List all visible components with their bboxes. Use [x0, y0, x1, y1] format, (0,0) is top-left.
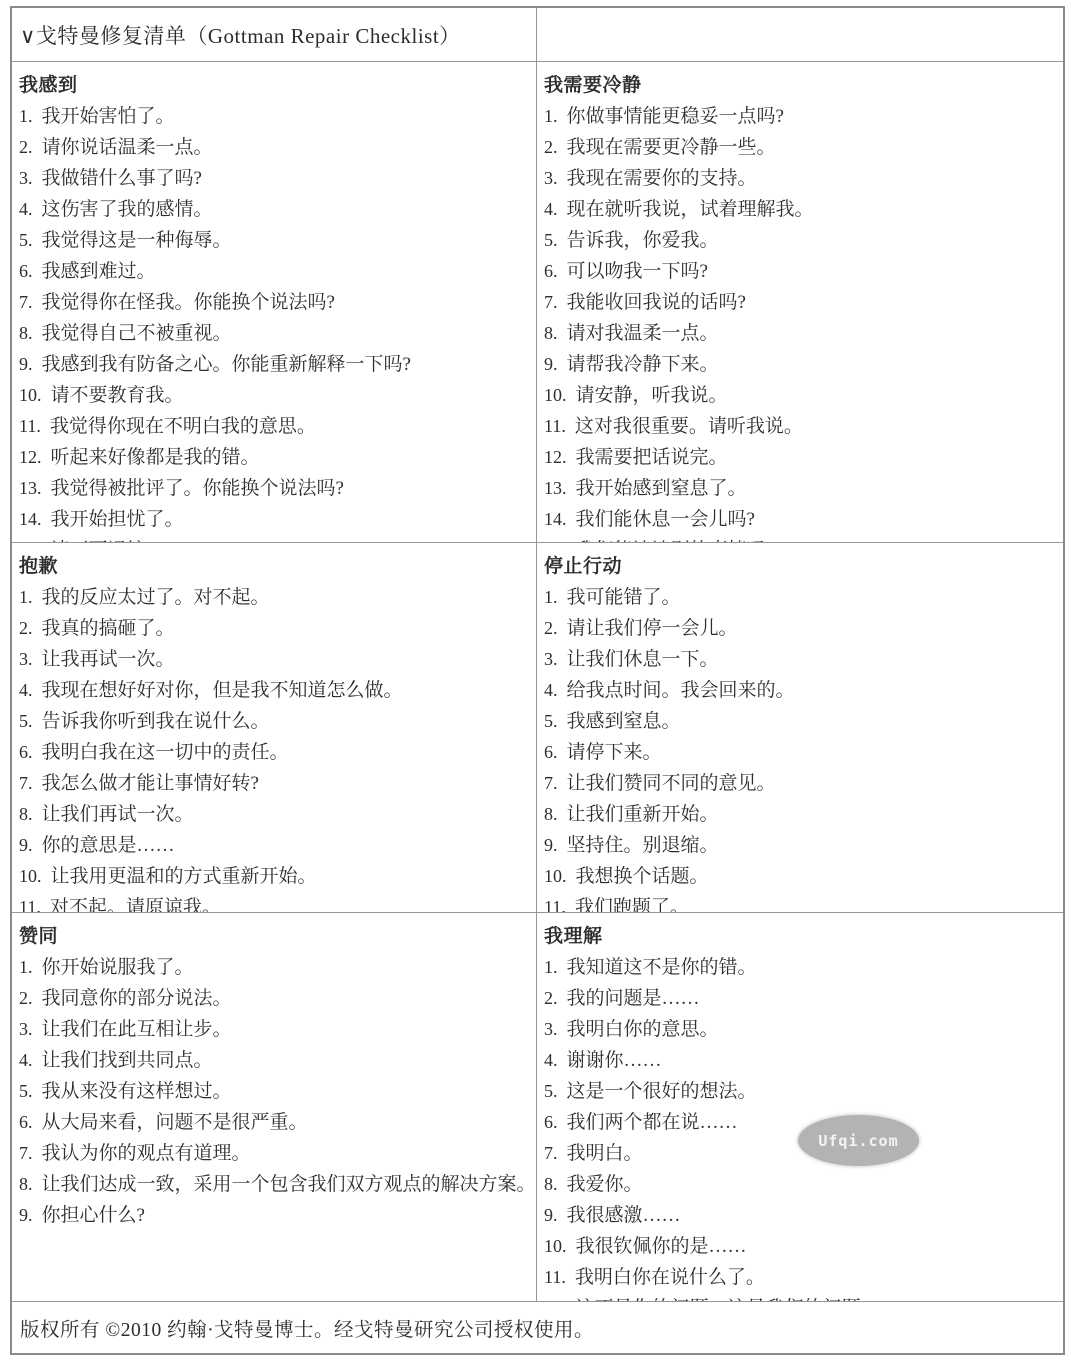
item-text: 我很钦佩你的是……	[576, 1236, 747, 1257]
list-item: 9.你担心什么?	[19, 1200, 530, 1231]
item-text: 我的问题是……	[567, 988, 700, 1009]
item-text: 我想换个话题。	[576, 866, 709, 887]
list-item: 7.我觉得你在怪我。你能换个说法吗?	[19, 287, 530, 318]
list-item: 9.我感到我有防备之心。你能重新解释一下吗?	[19, 349, 530, 380]
item-number: 2.	[19, 132, 33, 162]
section-list-i-understand: 1.我知道这不是你的错。2.我的问题是……3.我明白你的意思。4.谢谢你……5.…	[544, 952, 1057, 1302]
item-number: 4.	[19, 675, 33, 705]
list-item: 7.让我们赞同不同的意见。	[544, 768, 1057, 799]
section-header-stop-action: 停止行动	[544, 551, 1057, 582]
watermark-badge: Ufqi.com	[798, 1115, 919, 1166]
list-item: 2.我现在需要更冷静一些。	[544, 132, 1057, 163]
item-text: 我开始担忧了。	[51, 509, 184, 530]
list-item: 3.我做错什么事了吗?	[19, 163, 530, 194]
list-item: 10.请安静，听我说。	[544, 380, 1057, 411]
list-item: 11.我明白你在说什么了。	[544, 1262, 1057, 1293]
list-item: 8.让我们再试一次。	[19, 799, 530, 830]
list-item: 11.我觉得你现在不明白我的意思。	[19, 411, 530, 442]
item-text: 我感到难过。	[42, 261, 156, 282]
item-text: 坚持住。别退缩。	[567, 835, 719, 856]
list-item: 6.我明白我在这一切中的责任。	[19, 737, 530, 768]
list-item: 3.我明白你的意思。	[544, 1014, 1057, 1045]
item-number: 10.	[544, 861, 567, 891]
item-number: 12.	[544, 1293, 567, 1302]
list-item: 8.我爱你。	[544, 1169, 1057, 1200]
list-item: 1.我开始害怕了。	[19, 101, 530, 132]
item-number: 8.	[544, 1169, 558, 1199]
item-number: 3.	[19, 644, 33, 674]
item-text: 从大局来看，问题不是很严重。	[42, 1112, 308, 1133]
item-number: 7.	[19, 287, 33, 317]
item-number: 13.	[544, 473, 567, 503]
section-i-need-to-calm-down: 我需要冷静1.你做事情能更稳妥一点吗?2.我现在需要更冷静一些。3.我现在需要你…	[537, 62, 1063, 543]
section-header-agree: 赞同	[19, 921, 530, 952]
item-number: 5.	[544, 1076, 558, 1106]
item-number: 9.	[19, 349, 33, 379]
item-number: 6.	[19, 1107, 33, 1137]
item-number: 8.	[544, 318, 558, 348]
item-number: 3.	[19, 163, 33, 193]
item-text: 我觉得自己不被重视。	[42, 323, 232, 344]
item-text: 请对我温柔一点。	[567, 323, 719, 344]
item-text: 我爱你。	[567, 1174, 643, 1195]
list-item: 11.我们跑题了。	[544, 892, 1057, 913]
item-text: 请让我们停一会儿。	[567, 618, 738, 639]
list-item: 6.我感到难过。	[19, 256, 530, 287]
item-text: 你担心什么?	[42, 1205, 145, 1226]
item-text: 我觉得你在怪我。你能换个说法吗?	[42, 292, 335, 313]
item-number: 15.	[19, 535, 42, 543]
item-number: 10.	[544, 380, 567, 410]
section-header-sorry: 抱歉	[19, 551, 530, 582]
list-item: 12.我需要把话说完。	[544, 442, 1057, 473]
list-item: 4.给我点时间。我会回来的。	[544, 675, 1057, 706]
item-text: 我现在需要更冷静一些。	[567, 137, 776, 158]
item-number: 3.	[544, 163, 558, 193]
list-item: 2.请让我们停一会儿。	[544, 613, 1057, 644]
list-item: 9.坚持住。别退缩。	[544, 830, 1057, 861]
item-text: 我们能休息一会儿吗?	[576, 509, 755, 530]
list-item: 5.告诉我你听到我在说什么。	[19, 706, 530, 737]
list-item: 5.我感到窒息。	[544, 706, 1057, 737]
item-number: 4.	[544, 1045, 558, 1075]
item-text: 谢谢你……	[567, 1050, 662, 1071]
item-text: 我现在想好好对你，但是我不知道怎么做。	[42, 680, 403, 701]
item-text: 我能收回我说的话吗?	[567, 292, 746, 313]
item-text: 我开始感到窒息了。	[576, 478, 747, 499]
list-item: 2.我同意你的部分说法。	[19, 983, 530, 1014]
item-number: 1.	[19, 952, 33, 982]
item-text: 这是一个很好的想法。	[567, 1081, 757, 1102]
list-item: 6.请停下来。	[544, 737, 1057, 768]
item-number: 4.	[19, 1045, 33, 1075]
list-item: 10.请不要教育我。	[19, 380, 530, 411]
list-item: 12.听起来好像都是我的错。	[19, 442, 530, 473]
item-number: 2.	[544, 983, 558, 1013]
item-number: 7.	[19, 768, 33, 798]
item-number: 7.	[544, 1138, 558, 1168]
item-text: 我做错什么事了吗?	[42, 168, 202, 189]
list-item: 8.让我们达成一致，采用一个包含我们双方观点的解决方案。	[19, 1169, 530, 1200]
section-header-i-need-to-calm-down: 我需要冷静	[544, 70, 1057, 101]
list-item: 13.我觉得被批评了。你能换个说法吗?	[19, 473, 530, 504]
list-item: 8.请对我温柔一点。	[544, 318, 1057, 349]
item-number: 2.	[19, 613, 33, 643]
list-item: 10.让我用更温和的方式重新开始。	[19, 861, 530, 892]
item-number: 9.	[19, 1200, 33, 1230]
list-item: 8.我觉得自己不被重视。	[19, 318, 530, 349]
item-number: 9.	[544, 349, 558, 379]
item-text: 你做事情能更稳妥一点吗?	[567, 106, 784, 127]
list-item: 6.可以吻我一下吗?	[544, 256, 1057, 287]
list-item: 1.我的反应太过了。对不起。	[19, 582, 530, 613]
list-item: 3.让我们休息一下。	[544, 644, 1057, 675]
section-header-i-feel: 我感到	[19, 70, 530, 101]
item-number: 7.	[544, 768, 558, 798]
item-number: 5.	[544, 706, 558, 736]
item-text: 让我们赞同不同的意见。	[567, 773, 776, 794]
watermark-text: Ufqi.com	[818, 1132, 898, 1150]
item-number: 14.	[544, 504, 567, 534]
item-number: 3.	[19, 1014, 33, 1044]
list-item: 7.我怎么做才能让事情好转?	[19, 768, 530, 799]
item-text: 请安静，听我说。	[576, 385, 728, 406]
item-text: 我开始害怕了。	[42, 106, 175, 127]
list-item: 9.我很感激……	[544, 1200, 1057, 1231]
item-number: 1.	[544, 582, 558, 612]
item-text: 听起来好像都是我的错。	[51, 447, 260, 468]
section-header-i-understand: 我理解	[544, 921, 1057, 952]
item-number: 14.	[19, 504, 42, 534]
item-text: 这对我很重要。请听我说。	[575, 416, 803, 437]
list-item: 2.我的问题是……	[544, 983, 1057, 1014]
item-number: 13.	[19, 473, 42, 503]
list-item: 1.你开始说服我了。	[19, 952, 530, 983]
item-text: 我需要把话说完。	[576, 447, 728, 468]
item-number: 2.	[544, 132, 558, 162]
section-list-agree: 1.你开始说服我了。2.我同意你的部分说法。3.让我们在此互相让步。4.让我们找…	[19, 952, 530, 1231]
list-item: 4.让我们找到共同点。	[19, 1045, 530, 1076]
item-number: 8.	[19, 799, 33, 829]
item-number: 11.	[19, 892, 41, 913]
item-text: 让我再试一次。	[42, 649, 175, 670]
item-number: 5.	[19, 225, 33, 255]
item-text: 我明白你在说什么了。	[575, 1267, 765, 1288]
item-text: 我明白。	[567, 1143, 643, 1164]
item-text: 让我们休息一下。	[567, 649, 719, 670]
item-number: 12.	[19, 442, 42, 472]
list-item: 3.让我们在此互相让步。	[19, 1014, 530, 1045]
item-text: 我明白我在这一切中的责任。	[42, 742, 289, 763]
item-text: 我真的搞砸了。	[42, 618, 175, 639]
list-item: 7.我认为你的观点有道理。	[19, 1138, 530, 1169]
item-text: 告诉我，你爱我。	[567, 230, 719, 251]
item-number: 10.	[19, 380, 42, 410]
item-text: 我觉得这是一种侮辱。	[42, 230, 232, 251]
item-text: 我很感激……	[567, 1205, 681, 1226]
item-text: 我们两个都在说……	[567, 1112, 738, 1133]
list-item: 11.这对我很重要。请听我说。	[544, 411, 1057, 442]
section-stop-action: 停止行动1.我可能错了。2.请让我们停一会儿。3.让我们休息一下。4.给我点时间…	[537, 543, 1063, 913]
item-number: 15.	[544, 535, 567, 543]
item-number: 1.	[19, 101, 33, 131]
item-number: 4.	[19, 194, 33, 224]
item-number: 1.	[544, 101, 558, 131]
list-item: 1.我可能错了。	[544, 582, 1057, 613]
item-number: 9.	[19, 830, 33, 860]
list-item: 9.你的意思是……	[19, 830, 530, 861]
item-number: 9.	[544, 1200, 558, 1230]
list-item: 9.请帮我冷静下来。	[544, 349, 1057, 380]
item-number: 4.	[544, 675, 558, 705]
copyright-text: 版权所有 ©2010 约翰·戈特曼博士。经戈特曼研究公司授权使用。	[20, 1314, 594, 1342]
item-text: 我现在需要你的支持。	[567, 168, 757, 189]
list-item: 8.让我们重新开始。	[544, 799, 1057, 830]
item-text: 我觉得你现在不明白我的意思。	[50, 416, 316, 437]
item-text: 我觉得被批评了。你能换个说法吗?	[51, 478, 344, 499]
item-text: 我的反应太过了。对不起。	[42, 587, 270, 608]
list-item: 13.我开始感到窒息了。	[544, 473, 1057, 504]
section-list-stop-action: 1.我可能错了。2.请让我们停一会儿。3.让我们休息一下。4.给我点时间。我会回…	[544, 582, 1057, 913]
section-sorry: 抱歉1.我的反应太过了。对不起。2.我真的搞砸了。3.让我再试一次。4.我现在想…	[12, 543, 537, 913]
item-text: 你的意思是……	[42, 835, 175, 856]
item-text: 我怎么做才能让事情好转?	[42, 773, 259, 794]
item-number: 2.	[19, 983, 33, 1013]
list-item: 4.这伤害了我的感情。	[19, 194, 530, 225]
item-text: 现在就听我说，试着理解我。	[567, 199, 814, 220]
section-list-i-need-to-calm-down: 1.你做事情能更稳妥一点吗?2.我现在需要更冷静一些。3.我现在需要你的支持。4…	[544, 101, 1057, 543]
item-text: 这伤害了我的感情。	[42, 199, 213, 220]
item-number: 8.	[544, 799, 558, 829]
list-item: 7.我能收回我说的话吗?	[544, 287, 1057, 318]
item-text: 我们跑题了。	[575, 897, 689, 913]
item-number: 12.	[544, 442, 567, 472]
item-number: 5.	[544, 225, 558, 255]
list-item: 4.谢谢你……	[544, 1045, 1057, 1076]
section-list-i-feel: 1.我开始害怕了。2.请你说话温柔一点。3.我做错什么事了吗?4.这伤害了我的感…	[19, 101, 530, 543]
item-text: 让我用更温和的方式重新开始。	[51, 866, 317, 887]
item-text: 请不要教育我。	[51, 385, 184, 406]
item-number: 4.	[544, 194, 558, 224]
list-item: 11.对不起。请原谅我。	[19, 892, 530, 913]
item-number: 6.	[19, 256, 33, 286]
item-text: 可以吻我一下吗?	[567, 261, 708, 282]
list-item: 1.你做事情能更稳妥一点吗?	[544, 101, 1057, 132]
list-item: 10.我想换个话题。	[544, 861, 1057, 892]
item-text: 让我们再试一次。	[42, 804, 194, 825]
item-number: 6.	[544, 1107, 558, 1137]
item-text: 给我点时间。我会回来的。	[567, 680, 795, 701]
list-item: 14.我们能休息一会儿吗?	[544, 504, 1057, 535]
item-number: 1.	[544, 952, 558, 982]
item-number: 6.	[19, 737, 33, 767]
title-cell: ∨戈特曼修复清单（Gottman Repair Checklist）	[12, 8, 537, 62]
item-number: 7.	[19, 1138, 33, 1168]
list-item: 10.我很钦佩你的是……	[544, 1231, 1057, 1262]
item-text: 我感到窒息。	[567, 711, 681, 732]
section-i-understand: 我理解1.我知道这不是你的错。2.我的问题是……3.我明白你的意思。4.谢谢你……	[537, 913, 1063, 1302]
item-number: 8.	[19, 318, 33, 348]
list-item: 15.请不要退缩。	[19, 535, 530, 543]
item-number: 6.	[544, 256, 558, 286]
item-text: 我同意你的部分说法。	[42, 988, 232, 1009]
item-text: 让我们找到共同点。	[42, 1050, 213, 1071]
item-text: 让我们达成一致，采用一个包含我们双方观点的解决方案。	[42, 1174, 536, 1195]
item-number: 6.	[544, 737, 558, 767]
item-number: 1.	[19, 582, 33, 612]
list-item: 14.我开始担忧了。	[19, 504, 530, 535]
item-text: 请停下来。	[567, 742, 662, 763]
item-text: 告诉我你听到我在说什么。	[42, 711, 270, 732]
item-text: 让我们重新开始。	[567, 804, 719, 825]
list-item: 2.请你说话温柔一点。	[19, 132, 530, 163]
list-item: 6.从大局来看，问题不是很严重。	[19, 1107, 530, 1138]
item-number: 5.	[19, 1076, 33, 1106]
list-item: 5.告诉我，你爱我。	[544, 225, 1057, 256]
item-text: 我可能错了。	[567, 587, 681, 608]
list-item: 12.这不是你的问题，这是我们的问题。	[544, 1293, 1057, 1302]
item-text: 请你说话温柔一点。	[42, 137, 213, 158]
item-text: 让我们在此互相让步。	[42, 1019, 232, 1040]
item-number: 10.	[544, 1231, 567, 1261]
item-text: 请帮我冷静下来。	[567, 354, 719, 375]
item-text: 你开始说服我了。	[42, 957, 194, 978]
item-number: 3.	[544, 644, 558, 674]
item-number: 2.	[544, 613, 558, 643]
item-number: 11.	[544, 411, 566, 441]
item-text: 我从来没有这样想过。	[42, 1081, 232, 1102]
list-item: 1.我知道这不是你的错。	[544, 952, 1057, 983]
item-number: 10.	[19, 861, 42, 891]
list-item: 4.现在就听我说，试着理解我。	[544, 194, 1057, 225]
list-item: 5.我觉得这是一种侮辱。	[19, 225, 530, 256]
list-item: 5.我从来没有这样想过。	[19, 1076, 530, 1107]
item-number: 9.	[544, 830, 558, 860]
item-text: 我认为你的观点有道理。	[42, 1143, 251, 1164]
section-i-feel: 我感到1.我开始害怕了。2.请你说话温柔一点。3.我做错什么事了吗?4.这伤害了…	[12, 62, 537, 543]
section-list-sorry: 1.我的反应太过了。对不起。2.我真的搞砸了。3.让我再试一次。4.我现在想好好…	[19, 582, 530, 913]
item-number: 5.	[19, 706, 33, 736]
item-number: 11.	[544, 892, 566, 913]
footer-cell: 版权所有 ©2010 约翰·戈特曼博士。经戈特曼研究公司授权使用。	[12, 1302, 1063, 1353]
list-item: 4.我现在想好好对你，但是我不知道怎么做。	[19, 675, 530, 706]
item-text: 我感到我有防备之心。你能重新解释一下吗?	[42, 354, 411, 375]
item-number: 11.	[544, 1262, 566, 1292]
item-text: 我知道这不是你的错。	[567, 957, 757, 978]
item-text: 我明白你的意思。	[567, 1019, 719, 1040]
item-number: 8.	[19, 1169, 33, 1199]
item-number: 3.	[544, 1014, 558, 1044]
item-text: 对不起。请原谅我。	[50, 897, 221, 913]
list-item: 5.这是一个很好的想法。	[544, 1076, 1057, 1107]
item-number: 7.	[544, 287, 558, 317]
list-item: 2.我真的搞砸了。	[19, 613, 530, 644]
title-cell-empty	[537, 8, 1063, 62]
page-title: ∨戈特曼修复清单（Gottman Repair Checklist）	[20, 20, 461, 50]
section-agree: 赞同1.你开始说服我了。2.我同意你的部分说法。3.让我们在此互相让步。4.让我…	[12, 913, 537, 1302]
item-number: 11.	[19, 411, 41, 441]
list-item: 3.我现在需要你的支持。	[544, 163, 1057, 194]
list-item: 3.让我再试一次。	[19, 644, 530, 675]
list-item: 15.我们能谈谈别的事情吗?	[544, 535, 1057, 543]
